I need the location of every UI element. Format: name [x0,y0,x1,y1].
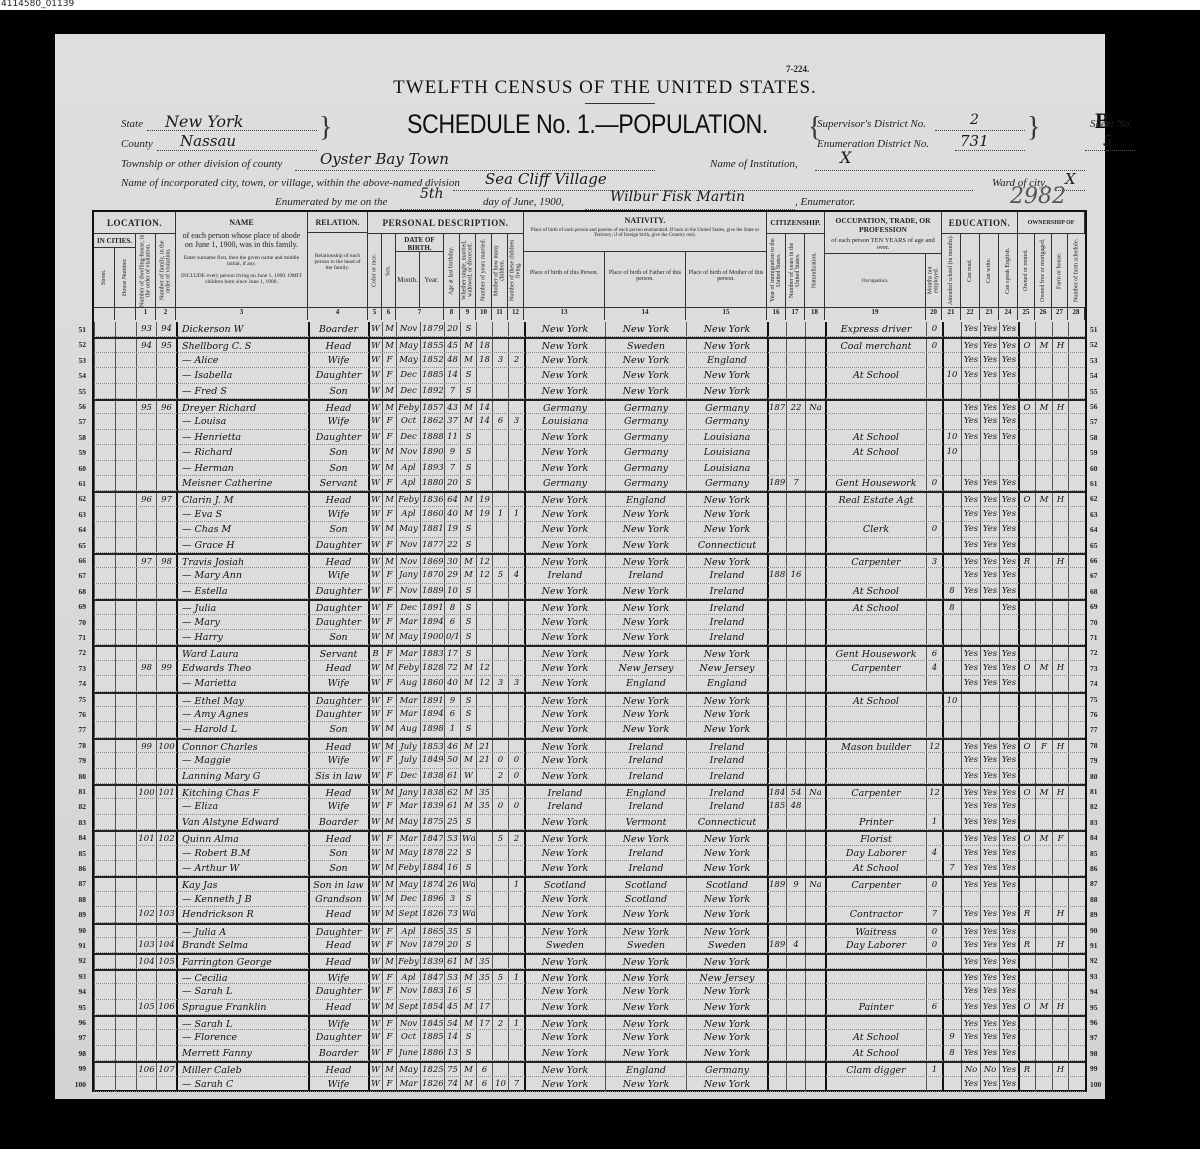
cell-fh: H [1054,661,1067,676]
cell-own [1020,353,1034,368]
cell-rel: Servant [310,476,367,491]
cell-year: 1892 [422,384,443,399]
line-number-left: 92 [62,956,86,965]
cell-imm [769,861,785,876]
county-label: County [121,138,153,150]
cell-occ: Day Laborer [827,846,925,861]
cell-fam [158,722,175,737]
cell-write: Yes [982,676,998,691]
cell-yus [788,707,804,722]
cell-nat [807,676,824,691]
state-value: New York [165,112,243,131]
cell-occ: At School [827,861,925,876]
cell-month: Mar [398,799,419,814]
cell-yus [788,538,804,553]
line-number-left: 72 [62,648,86,657]
cell-write [982,892,998,907]
cell-own [1020,461,1034,476]
cell-bp: New York [526,630,604,645]
cell-year: 1880 [422,476,443,491]
cell-dw [138,1030,155,1045]
cell-dw [138,676,155,691]
cell-sex: F [384,1046,395,1061]
cell-read: Yes [963,907,979,922]
column-number: 17 [786,308,805,320]
cell-imm [769,630,785,645]
cell-rel: Wife [310,676,367,691]
cell-imm: 1896 [769,938,785,953]
cell-write: Yes [982,568,998,583]
cell-write: Yes [982,507,998,522]
cell-mo [494,907,507,922]
cell-fh: H [1054,907,1067,922]
line-number-right: 54 [1090,371,1098,380]
cell-name: Hendrickson R [178,907,311,922]
header-months-unemployed: Months not employed. [926,254,942,308]
cell-imm [769,846,785,861]
cell-bm: New York [688,846,766,861]
cell-sex: M [384,815,395,830]
cell-bf: New York [607,1077,685,1092]
cell-sch [944,815,960,830]
line-number-right: 53 [1090,356,1098,365]
header-write-text: Can write. [980,234,998,307]
cell-imm [769,322,785,337]
cell-bm: New York [688,984,766,999]
cell-unemp: 1 [928,815,941,830]
cell-read: Yes [963,861,979,876]
cell-bf: Scotland [607,892,685,907]
cell-write: Yes [982,522,998,537]
cell-mo [494,661,507,676]
cell-mar: S [462,384,475,399]
header-location: LOCATION. [94,212,176,234]
header-relation-title: RELATION. [308,212,367,233]
line-number-left: 76 [62,710,86,719]
cell-fh [1054,630,1067,645]
cell-bm: New York [688,1077,766,1092]
cell-name: — Amy Agnes [178,707,311,722]
cell-dw [138,368,155,383]
cell-mar: Wd [462,907,475,922]
cell-sch [944,353,960,368]
cell-color: W [370,753,381,768]
cell-name: — Harold L [178,722,311,737]
column-number: 24 [999,308,1018,320]
cell-ym: 21 [478,753,491,768]
cell-mort [1037,753,1051,768]
table-row: — Kenneth J BGrandsonWMDec18963SNew York… [94,892,1085,907]
cell-read: Yes [963,476,979,491]
cell-nat [807,769,824,784]
cell-name: Meisner Catherine [178,476,311,491]
line-number-left: 64 [62,525,86,534]
cell-fh [1054,476,1067,491]
cell-sex: F [384,414,395,429]
cell-own: O [1020,1000,1034,1015]
cell-month: Feby [398,661,419,676]
column-number: 6 [382,308,396,320]
cell-ch: 0 [510,799,523,814]
cell-bf: New York [607,322,685,337]
district-brace-right: } [1027,112,1040,144]
cell-ym [478,384,491,399]
cell-fh [1054,769,1067,784]
table-row: — Arthur WSonWMFeby188416SNew YorkIrelan… [94,861,1085,876]
cell-mort: M [1037,661,1051,676]
cell-eng: Yes [1001,414,1017,429]
sheet-label: Sheet No. [1090,118,1132,130]
cell-bm: New York [688,368,766,383]
cell-bm: Ireland [688,799,766,814]
cell-bm: Ireland [688,769,766,784]
cell-mar: S [462,445,475,460]
cell-eng: Yes [1001,661,1017,676]
cell-ym [478,538,491,553]
cell-mar: S [462,1030,475,1045]
cell-month: Sept [398,907,419,922]
cell-fam [158,368,175,383]
cell-name: — Alice [178,353,311,368]
cell-fam [158,584,175,599]
table-row: — CeciliaWifeWFApl184753M3551New YorkNew… [94,969,1085,984]
cell-nat [807,353,824,368]
cell-imm [769,1000,785,1015]
column-number: 20 [926,308,942,320]
cell-unemp [928,892,941,907]
cell-age: 20 [446,322,459,337]
cell-color: W [370,476,381,491]
header-sex-text: Sex. [382,234,395,307]
table-row: — ElizaWifeWFMar183961M3500IrelandIrelan… [94,799,1085,814]
line-number-right: 71 [1090,633,1098,642]
cell-bm: Louisiana [688,461,766,476]
cell-mort [1037,584,1051,599]
line-number-right: 91 [1090,941,1098,950]
header-months-unemployed-text: Months not employed. [926,254,941,307]
cell-year: 1881 [422,522,443,537]
cell-eng: Yes [1001,799,1017,814]
cell-imm [769,753,785,768]
cell-rel: Wife [310,353,367,368]
cell-sex: M [384,661,395,676]
cell-write: Yes [982,984,998,999]
header-dwelling-text: Number of dwelling-house, in the order o… [136,234,155,307]
cell-bp: New York [526,461,604,476]
cell-bp: New York [526,538,604,553]
cell-ch [510,476,523,491]
cell-year: 1860 [422,507,443,522]
cell-color: W [370,522,381,537]
cell-dw [138,584,155,599]
line-number-right: 81 [1090,787,1098,796]
cell-occ [827,799,925,814]
cell-fh [1054,445,1067,460]
cell-dw [138,615,155,630]
cell-unemp [928,769,941,784]
cell-fh [1054,430,1067,445]
cell-own [1020,322,1034,337]
cell-ym: 17 [478,1000,491,1015]
cell-age: 20 [446,476,459,491]
table-row: — LouisaWifeWFOct186237M1463LouisianaGer… [94,414,1085,429]
cell-sch: 7 [944,861,960,876]
cell-own [1020,445,1034,460]
cell-write [982,722,998,737]
cell-occ [827,461,925,476]
cell-month: Nov [398,538,419,553]
cell-unemp [928,984,941,999]
cell-dw [138,861,155,876]
cell-bp: New York [526,353,604,368]
cell-rel: Daughter [310,538,367,553]
cell-bp: New York [526,984,604,999]
cell-nat [807,1030,824,1045]
cell-mort [1037,476,1051,491]
day-value: 5th [420,186,444,202]
cell-bp: New York [526,892,604,907]
cell-name: Brandt Selma [178,938,311,953]
cell-rel: Daughter [310,430,367,445]
cell-year: 1852 [422,353,443,368]
cell-mort [1037,676,1051,691]
cell-color: W [370,984,381,999]
cell-bm: England [688,676,766,691]
cell-month: Jany [398,568,419,583]
cell-bp: New York [526,1030,604,1045]
county-value: Nassau [180,132,236,150]
cell-yus [788,461,804,476]
line-number-left: 75 [62,695,86,704]
cell-month: Sept [398,1000,419,1015]
cell-bf: New York [607,615,685,630]
line-number-left: 86 [62,864,86,873]
cell-mar: S [462,615,475,630]
cell-bf: Ireland [607,799,685,814]
cell-mo [494,584,507,599]
cell-bf: New York [607,522,685,537]
cell-color: W [370,938,381,953]
cell-eng: Yes [1001,1046,1017,1061]
cell-dw [138,414,155,429]
header-month: Month. [396,252,420,308]
cell-mar: M [462,414,475,429]
cell-color: W [370,322,381,337]
cell-fh [1054,846,1067,861]
cell-sex: M [384,322,395,337]
header-nativity-title: NATIVITY. [528,216,762,225]
cell-ym [478,1046,491,1061]
cell-write [982,384,998,399]
cell-dw [138,984,155,999]
line-number-right: 70 [1090,618,1098,627]
enumeration-district-label: Enumeration District No. [817,138,929,150]
column-number: 2 [156,308,176,320]
line-number-right: 97 [1090,1033,1098,1042]
cell-ch: 2 [510,353,523,368]
cell-dw [138,476,155,491]
cell-name: — Sarah L [178,984,311,999]
cell-rel: Head [310,1000,367,1015]
cell-eng: Yes [1001,907,1017,922]
header-occupation: OCCUPATION, TRADE, OR PROFESSION of each… [825,212,942,254]
cell-occ: Gent Housework [827,476,925,491]
cell-write: Yes [982,538,998,553]
cell-name: — Eliza [178,799,311,814]
cell-mort [1037,414,1051,429]
header-free-text: Owned free or mortgaged. [1035,234,1051,307]
cell-occ [827,753,925,768]
cell-bm: Ireland [688,584,766,599]
cell-imm [769,707,785,722]
brace: } [319,112,332,144]
cell-fam: 99 [158,661,175,676]
line-number-left: 74 [62,679,86,688]
table-row: Ward LauraServantBFMar188317SNew YorkNew… [94,645,1085,660]
cell-mort [1037,322,1051,337]
cell-month: Oct [398,1030,419,1045]
cell-imm: 1852 [769,799,785,814]
cell-fam [158,615,175,630]
cell-age: 9 [446,445,459,460]
cell-nat [807,630,824,645]
cell-rel: Daughter [310,984,367,999]
header-dob: DATE OF BIRTH. [396,234,444,252]
cell-dw [138,892,155,907]
cell-read: Yes [963,368,979,383]
cell-yus: 16 [788,568,804,583]
cell-month: Aug [398,722,419,737]
cell-read [963,615,979,630]
cell-own [1020,753,1034,768]
cell-name: — Mary Ann [178,568,311,583]
census-table: LOCATION. IN CITIES. Street. House Numbe… [92,210,1087,1092]
cell-age: 50 [446,753,459,768]
line-number-right: 82 [1090,802,1098,811]
cell-read: Yes [963,799,979,814]
cell-eng: Yes [1001,753,1017,768]
line-number-right: 73 [1090,664,1098,673]
cell-read: Yes [963,1077,979,1092]
line-number-left: 57 [62,417,86,426]
cell-color: W [370,568,381,583]
line-number-right: 66 [1090,556,1098,565]
cell-year: 1875 [422,815,443,830]
line-number-right: 52 [1090,340,1098,349]
cell-occ [827,384,925,399]
cell-ym: 12 [478,676,491,691]
header-years-us-text: Number of years in the United States. [786,234,804,307]
cell-own [1020,892,1034,907]
cell-sch [944,615,960,630]
cell-year: 1890 [422,445,443,460]
table-row: 105106Sprague FranklinHeadWMSept185445M1… [94,1000,1085,1015]
cell-ym [478,1030,491,1045]
cell-occ [827,538,925,553]
line-number-left: 98 [62,1049,86,1058]
table-row: — JuliaDaughterWFDec18918SNew YorkNew Yo… [94,599,1085,614]
cell-unemp [928,568,941,583]
column-number: 11 [492,308,508,320]
cell-color: W [370,1000,381,1015]
cell-occ [827,1077,925,1092]
header-house-number-text: House Number. [115,248,135,307]
cell-fam [158,353,175,368]
cell-ym [478,461,491,476]
cell-bp: Ireland [526,568,604,583]
cell-sex: F [384,615,395,630]
cell-fam: 106 [158,1000,175,1015]
line-number-left: 81 [62,787,86,796]
cell-color: W [370,615,381,630]
cell-age: 48 [446,353,459,368]
cell-write [982,707,998,722]
cell-rel: Wife [310,753,367,768]
header-birth-person: Place of birth of this Person. [524,252,605,308]
cell-bp: New York [526,322,604,337]
cell-ch [510,584,523,599]
cell-sex: M [384,445,395,460]
cell-sex: M [384,892,395,907]
header-naturalization: Naturalization. [805,234,825,308]
cell-imm [769,461,785,476]
cell-ch [510,722,523,737]
line-number-right: 67 [1090,571,1098,580]
cell-sex: F [384,676,395,691]
cell-mar: S [462,584,475,599]
cell-dw [138,707,155,722]
header-relation: RELATION. Relationship of each person to… [308,212,368,308]
cell-sex: F [384,353,395,368]
cell-nat [807,722,824,737]
cell-own [1020,430,1034,445]
cell-mort [1037,722,1051,737]
cell-ym [478,707,491,722]
image-label-bar: 4114580_01139 [0,0,1200,10]
cell-nat [807,522,824,537]
cell-bm: New York [688,722,766,737]
cell-sch [944,522,960,537]
header-attended-text: Attended school (in months). [942,234,960,307]
cell-age: 74 [446,1077,459,1092]
cell-write: Yes [982,353,998,368]
cell-year: 1889 [422,584,443,599]
cell-mar: S [462,522,475,537]
cell-age: 40 [446,676,459,691]
cell-year: 1878 [422,846,443,861]
table-row: Meisner CatherineServantWFApl188020SGerm… [94,476,1085,491]
header-english-text: Can speak English. [999,234,1017,307]
cell-rel: Head [310,907,367,922]
line-number-left: 93 [62,972,86,981]
table-row: — Eva SWifeWFApl186040M1911New YorkNew Y… [94,507,1085,522]
cell-unemp: 0 [928,322,941,337]
cell-fh [1054,1046,1067,1061]
cell-nat [807,322,824,337]
cell-sex: M [384,722,395,737]
cell-sex: M [384,861,395,876]
cell-bp: New York [526,368,604,383]
cell-eng: Yes [1001,584,1017,599]
cell-bm: Connecticut [688,538,766,553]
cell-bf: Germany [607,414,685,429]
cell-read: Yes [963,753,979,768]
cell-name: — Grace H [178,538,311,553]
title-rule [585,103,655,104]
line-number-left: 51 [62,325,86,334]
cell-name: Sprague Franklin [178,1000,311,1015]
cell-read: Yes [963,522,979,537]
